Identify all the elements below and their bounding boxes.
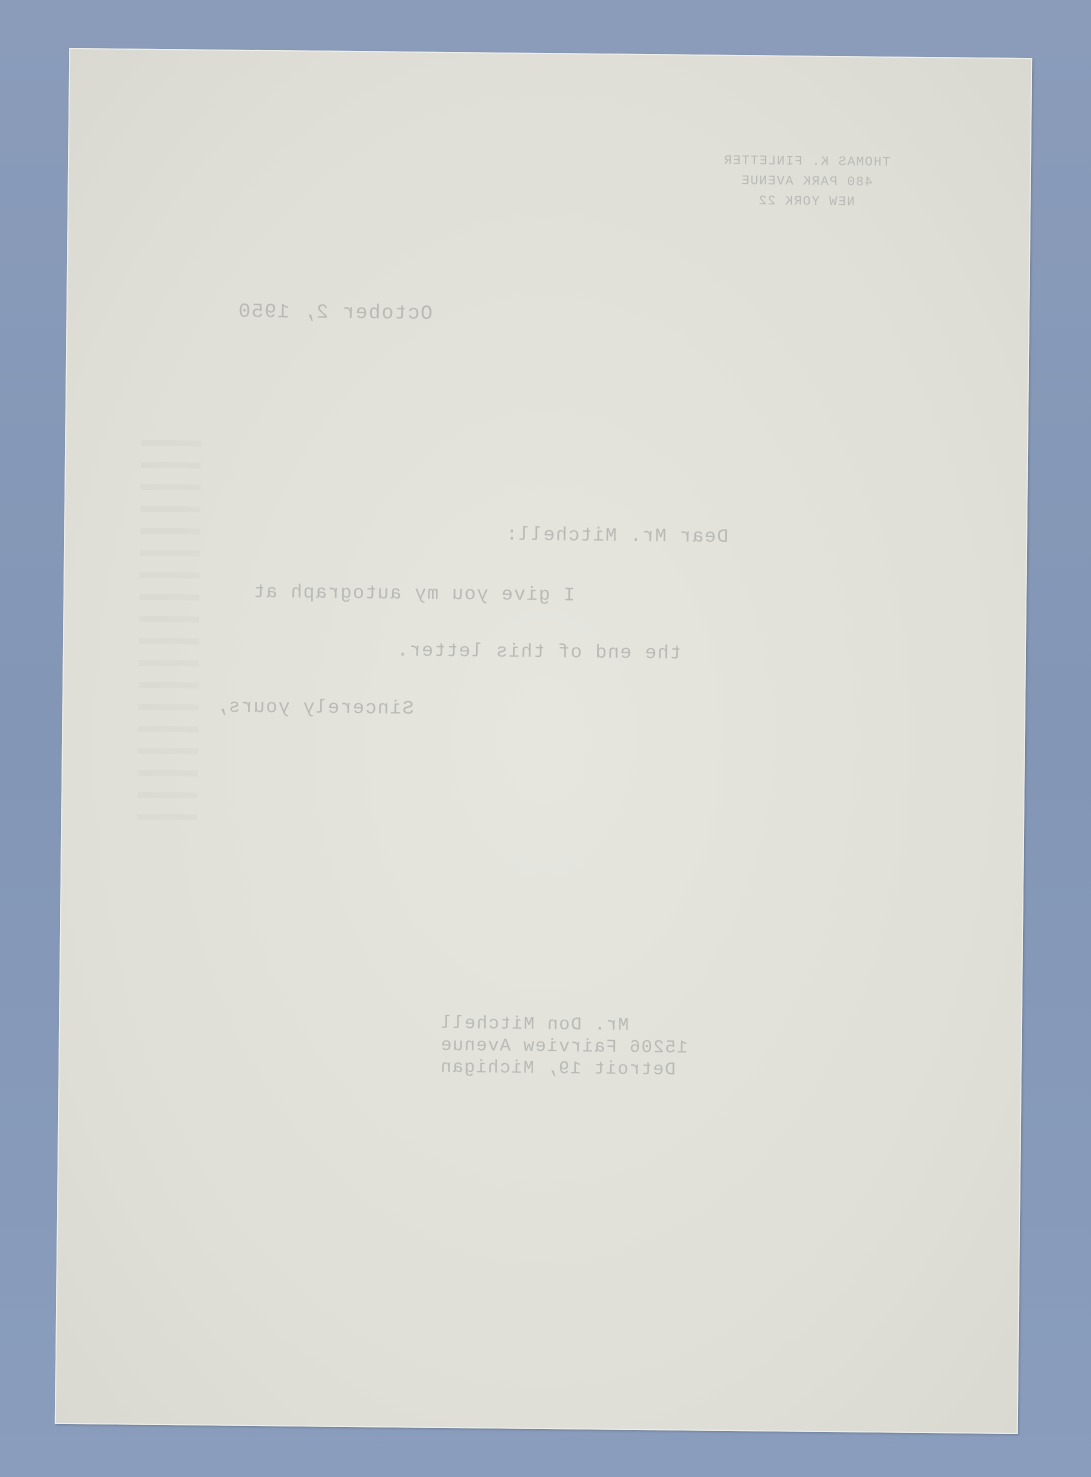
letter-closing: Sincerely yours, xyxy=(215,696,414,720)
letterhead-line: 480 PARK AVENUE xyxy=(723,171,890,193)
letter-date: October 2, 1950 xyxy=(237,301,432,326)
address-line: Detroit 19, Michigan xyxy=(439,1057,687,1082)
recipient-address: Mr. Don Mitchell 15206 Fairview Avenue D… xyxy=(439,1013,688,1082)
letter-body-line: the end of this letter. xyxy=(396,639,681,664)
letterhead-line: THOMAS K. FINLETTER xyxy=(723,151,890,173)
address-line: Mr. Don Mitchell xyxy=(440,1013,688,1038)
letterhead: THOMAS K. FINLETTER 480 PARK AVENUE NEW … xyxy=(722,151,890,213)
letter-paper-reverse: THOMAS K. FINLETTER 480 PARK AVENUE NEW … xyxy=(55,48,1032,1434)
letter-salutation: Dear Mr. Mitchell: xyxy=(505,524,728,548)
letter-body-line: I give you my autograph at xyxy=(252,581,575,606)
faint-bleed-marks xyxy=(137,440,201,821)
letterhead-line: NEW YORK 22 xyxy=(722,191,889,213)
address-line: 15206 Fairview Avenue xyxy=(440,1035,688,1060)
